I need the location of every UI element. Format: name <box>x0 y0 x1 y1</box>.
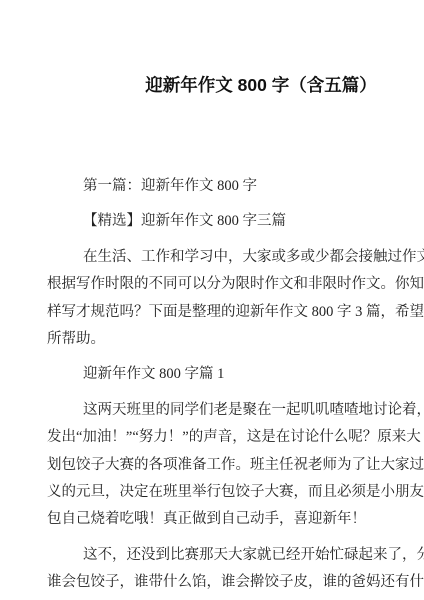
paragraph: 这不，还没到比赛那天大家就已经开始忙碌起来了，分谁会包饺子，谁带什么馅，谁会擀饺… <box>47 542 424 597</box>
text-line: 划包饺子大赛的各项准备工作。班主任祝老师为了让大家过 <box>47 452 424 479</box>
paragraph: 迎新年作文 800 字篇 1 <box>47 361 424 388</box>
text-line: 样写才规范吗？下面是整理的迎新年作文 800 字 3 篇，希望 <box>47 299 424 326</box>
paragraph: 【精选】迎新年作文 800 字三篇 <box>47 208 424 235</box>
text-line: 包自己烧着吃哦！真正做到自己动手，喜迎新年！ <box>47 506 424 533</box>
text-line: 发出“加油！”“努力！”的声音，这是在讨论什么呢？原来大 <box>47 424 424 451</box>
paragraph: 这两天班里的同学们老是聚在一起叽叽喳喳地讨论着，发出“加油！”“努力！”的声音，… <box>47 397 424 534</box>
document-title: 迎新年作文 800 字（含五篇） <box>47 0 424 97</box>
text-line: 第一篇：迎新年作文 800 字 <box>47 173 424 200</box>
page-content: 迎新年作文 800 字（含五篇） 第一篇：迎新年作文 800 字【精选】迎新年作… <box>0 0 424 597</box>
text-line: 迎新年作文 800 字篇 1 <box>47 361 424 388</box>
text-line: 根据写作时限的不同可以分为限时作文和非限时作文。你知 <box>47 271 424 298</box>
document-body: 第一篇：迎新年作文 800 字【精选】迎新年作文 800 字三篇在生活、工作和学… <box>47 173 424 597</box>
text-line: 义的元旦，决定在班里举行包饺子大赛，而且必须是小朋友 <box>47 479 424 506</box>
text-line: 这不，还没到比赛那天大家就已经开始忙碌起来了，分 <box>47 542 424 569</box>
paragraph: 在生活、工作和学习中，大家或多或少都会接触过作文根据写作时限的不同可以分为限时作… <box>47 244 424 354</box>
paragraph: 第一篇：迎新年作文 800 字 <box>47 173 424 200</box>
text-line: 【精选】迎新年作文 800 字三篇 <box>47 208 424 235</box>
text-line: 在生活、工作和学习中，大家或多或少都会接触过作文 <box>47 244 424 271</box>
document-page: 迎新年作文 800 字（含五篇） 第一篇：迎新年作文 800 字【精选】迎新年作… <box>0 0 424 600</box>
text-line: 谁会包饺子，谁带什么馅，谁会擀饺子皮，谁的爸妈还有什 <box>47 569 424 596</box>
text-line: 这两天班里的同学们老是聚在一起叽叽喳喳地讨论着， <box>47 397 424 424</box>
text-line: 所帮助。 <box>47 326 424 353</box>
